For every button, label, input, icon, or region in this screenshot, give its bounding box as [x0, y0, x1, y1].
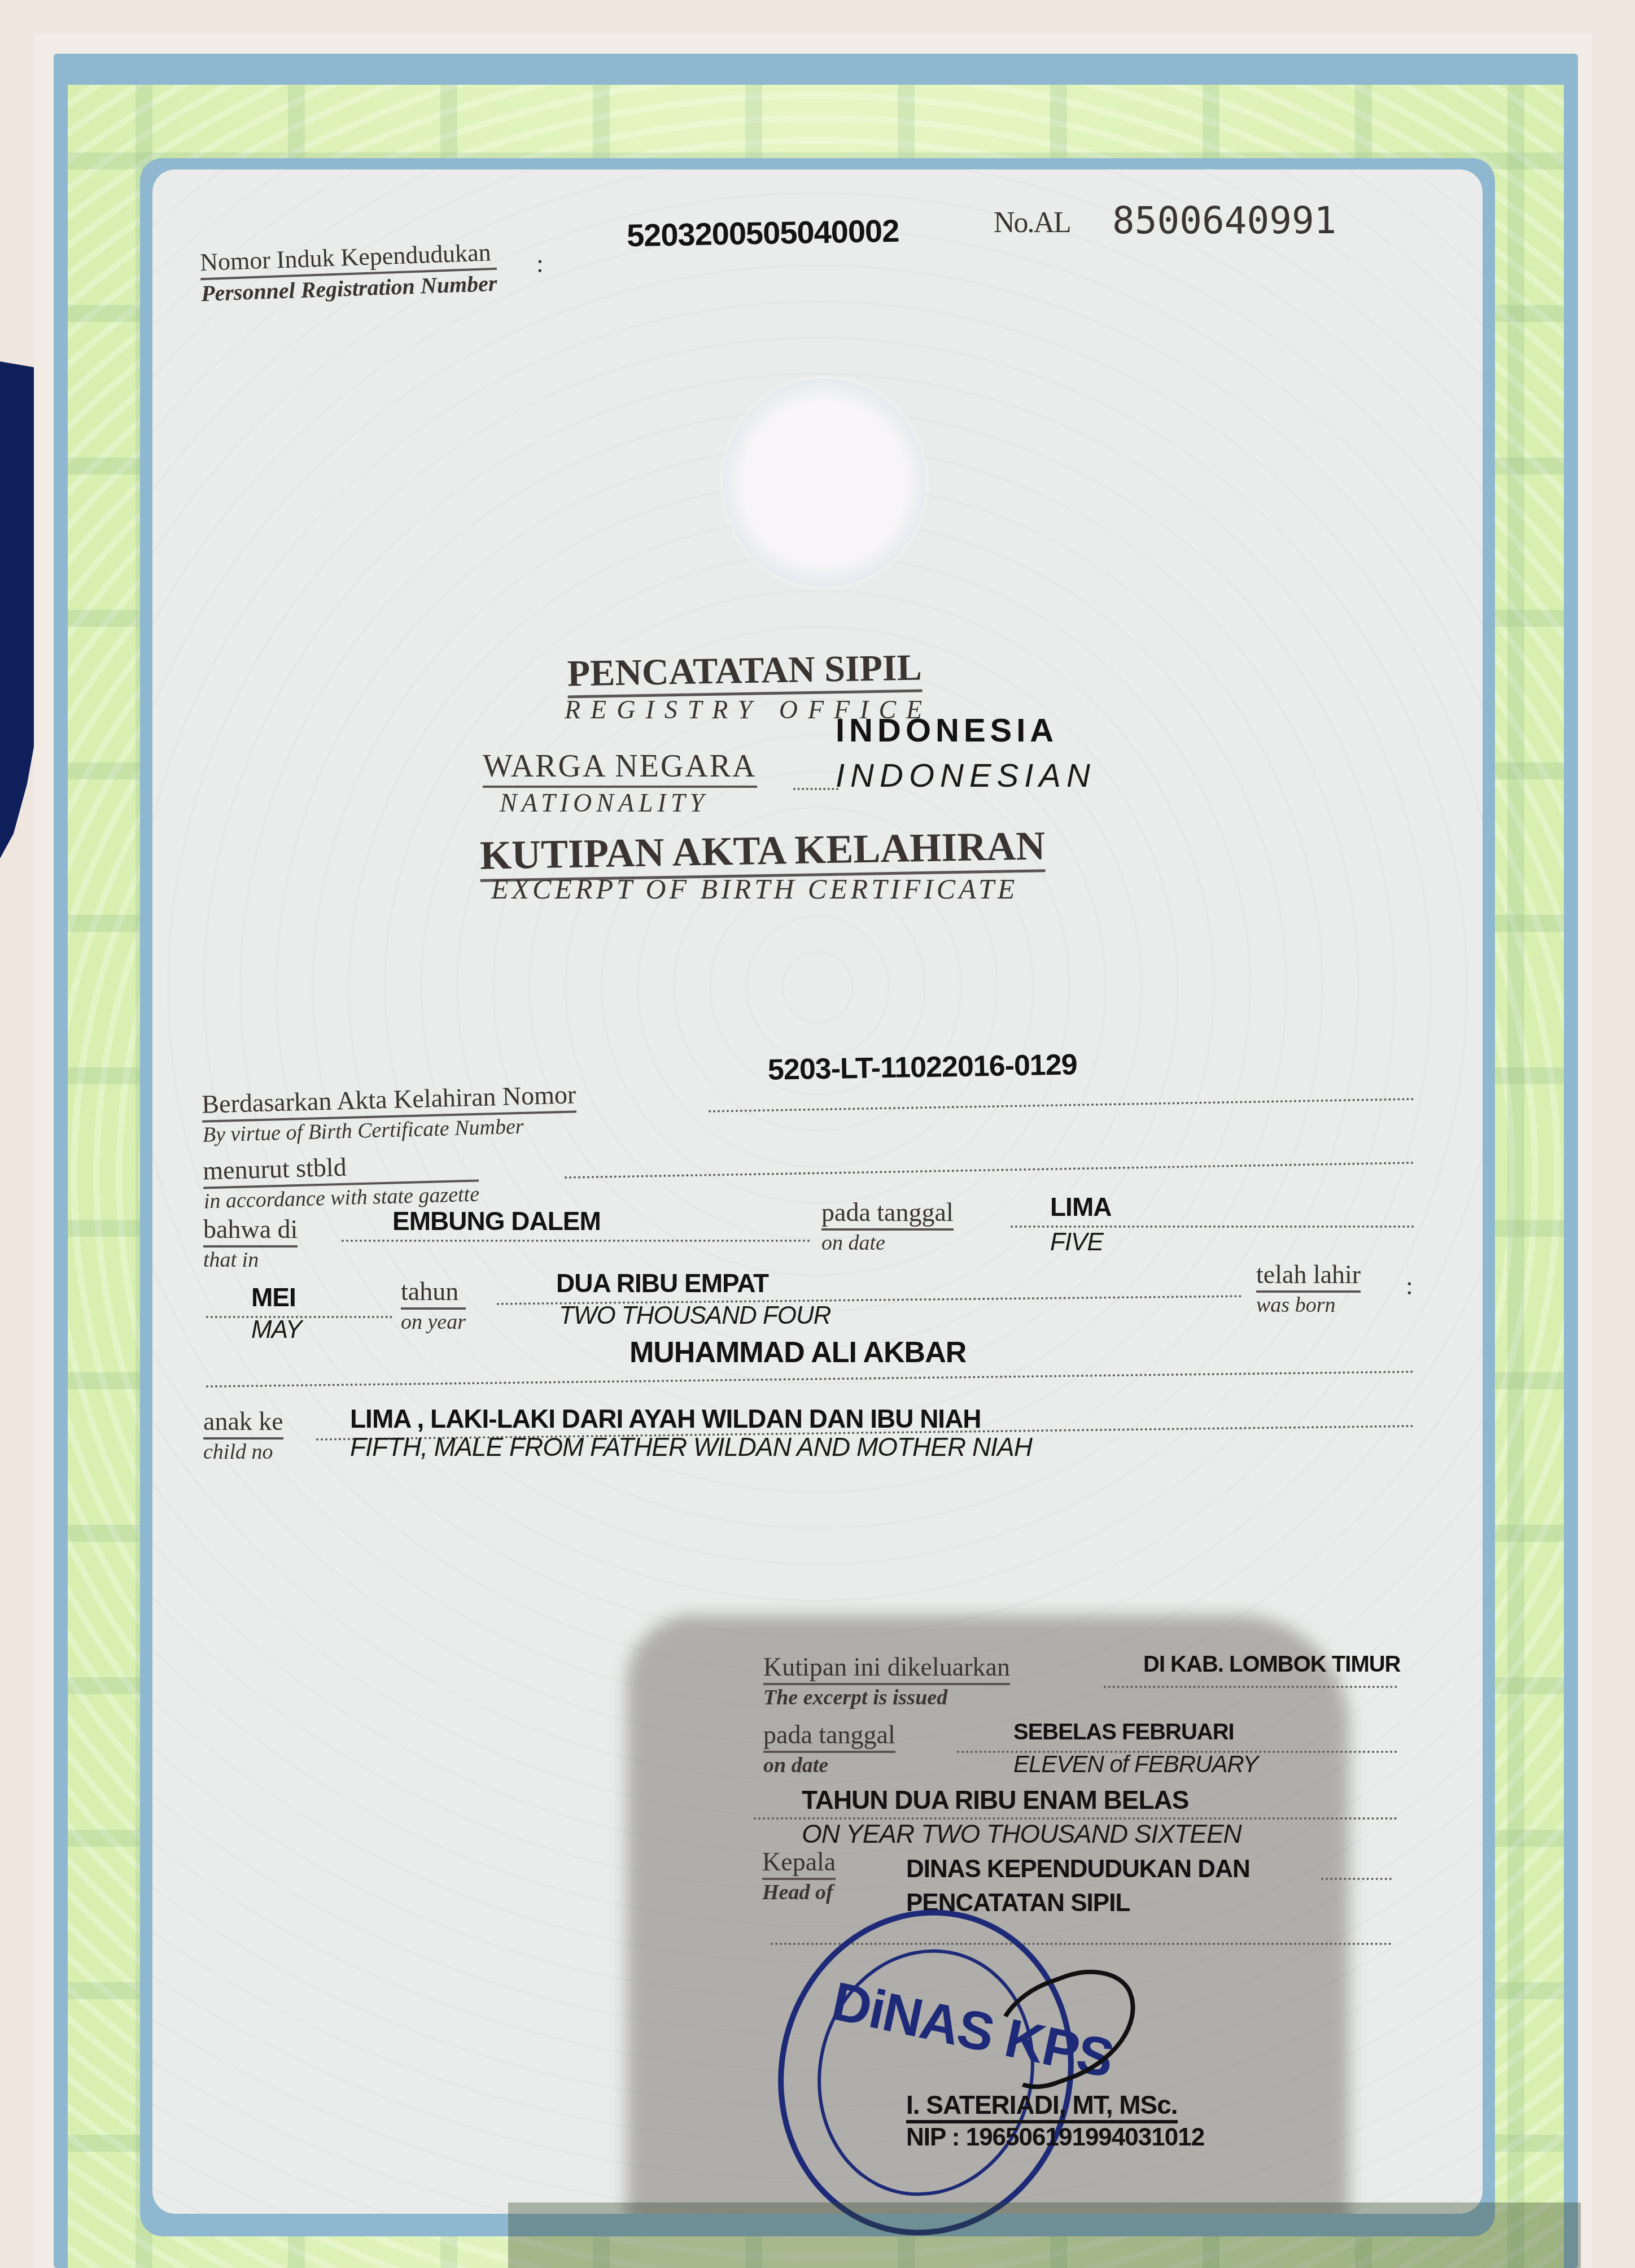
issued-date-label-block: pada tanggal on date — [763, 1720, 895, 1778]
year-label-block: tahun on year — [401, 1276, 466, 1334]
place-label-block: bahwa di that in — [203, 1214, 298, 1272]
issued-label-en: The excerpt is issued — [763, 1685, 1010, 1710]
cert-number-value: 5203-LT-11022016-0129 — [768, 1048, 1078, 1087]
date-value-en: FIVE — [1050, 1228, 1103, 1257]
date-label: pada tanggal — [821, 1197, 954, 1231]
year-value-en: TWO THOUSAND FOUR — [559, 1302, 831, 1330]
issued-date-label-en: on date — [763, 1753, 895, 1778]
child-no-label: anak ke — [203, 1406, 283, 1440]
office-title: PENCATATAN SIPIL — [567, 647, 922, 699]
head-label-block: Kepala Head of — [762, 1847, 836, 1905]
child-no-value-en: FIFTH, MALE FROM FATHER WILDAN AND MOTHE… — [350, 1432, 1032, 1462]
nik-colon: : — [536, 248, 544, 278]
serial-prefix: No.AL — [994, 206, 1070, 239]
date-label-en: on date — [821, 1231, 954, 1255]
place-value: EMBUNG DALEM — [392, 1206, 601, 1236]
document-title-en: EXCERPT OF BIRTH CERTIFICATE — [491, 873, 1018, 905]
issued-date: SEBELAS FEBRUARI — [1013, 1720, 1234, 1745]
nationality-label-en: NATIONALITY — [500, 788, 709, 818]
date-value: LIMA — [1050, 1192, 1111, 1222]
born-label-block: telah lahir was born — [1256, 1259, 1361, 1318]
head-office-line1: DINAS KEPENDUDUKAN DAN — [906, 1855, 1250, 1883]
date-label-block: pada tanggal on date — [821, 1197, 954, 1255]
nationality-value: INDONESIAN — [836, 757, 1096, 795]
nationality-dots — [793, 788, 838, 790]
issued-label: Kutipan ini dikeluarkan — [763, 1652, 1010, 1685]
place-dots — [342, 1240, 810, 1242]
child-no-value: LIMA , LAKI-LAKI DARI AYAH WILDAN DAN IB… — [350, 1403, 981, 1434]
cert-number-label-block: Berdasarkan Akta Kelahiran Nomor By virt… — [202, 1079, 577, 1147]
nik-label-block: Nomor Induk Kependudukan Personnel Regis… — [199, 238, 497, 307]
issued-date-en: ELEVEN of FEBRUARY — [1013, 1751, 1258, 1778]
month-value-en: MAY — [251, 1316, 301, 1344]
child-name: MUHAMMAD ALI AKBAR — [629, 1336, 966, 1369]
head-label: Kepala — [762, 1847, 836, 1880]
head-label-en: Head of — [762, 1880, 836, 1905]
nationality-label: WARGA NEGARA — [483, 748, 757, 788]
month-value: MEI — [251, 1282, 296, 1312]
born-label: telah lahir — [1256, 1259, 1361, 1293]
issued-label-block: Kutipan ini dikeluarkan The excerpt is i… — [763, 1652, 1010, 1710]
official-nip: NIP : 196506191994031012 — [906, 2123, 1204, 2152]
issued-place-dots — [1104, 1686, 1397, 1688]
year-value: DUA RIBU EMPAT — [556, 1268, 768, 1298]
born-label-en: was born — [1256, 1293, 1361, 1318]
country-value: INDONESIA — [836, 712, 1058, 749]
nik-value: 5203200505040002 — [626, 212, 899, 254]
place-label-en: that in — [203, 1248, 298, 1272]
date-dots — [1011, 1225, 1414, 1228]
child-no-label-block: anak ke child no — [203, 1406, 283, 1464]
official-name: I. SATERIADI, MT, MSc. — [906, 2090, 1178, 2123]
year-label: tahun — [401, 1276, 466, 1310]
serial-number: 8500640991 — [1112, 199, 1336, 242]
issued-year-en: ON YEAR TWO THOUSAND SIXTEEN — [802, 1818, 1241, 1849]
child-no-label-en: child no — [203, 1440, 283, 1464]
bottom-shadow — [508, 2202, 1581, 2268]
born-colon: : — [1406, 1271, 1413, 1301]
issued-place: DI KAB. LOMBOK TIMUR — [1143, 1652, 1401, 1677]
issued-date-label: pada tanggal — [763, 1720, 895, 1753]
issued-year: TAHUN DUA RIBU ENAM BELAS — [802, 1785, 1188, 1815]
head-office-dots — [1321, 1878, 1392, 1880]
year-label-en: on year — [401, 1310, 466, 1334]
stbld-label-block: menurut stbld in accordance with state g… — [203, 1149, 480, 1214]
place-label: bahwa di — [203, 1214, 298, 1248]
hologram-seal — [723, 378, 926, 587]
